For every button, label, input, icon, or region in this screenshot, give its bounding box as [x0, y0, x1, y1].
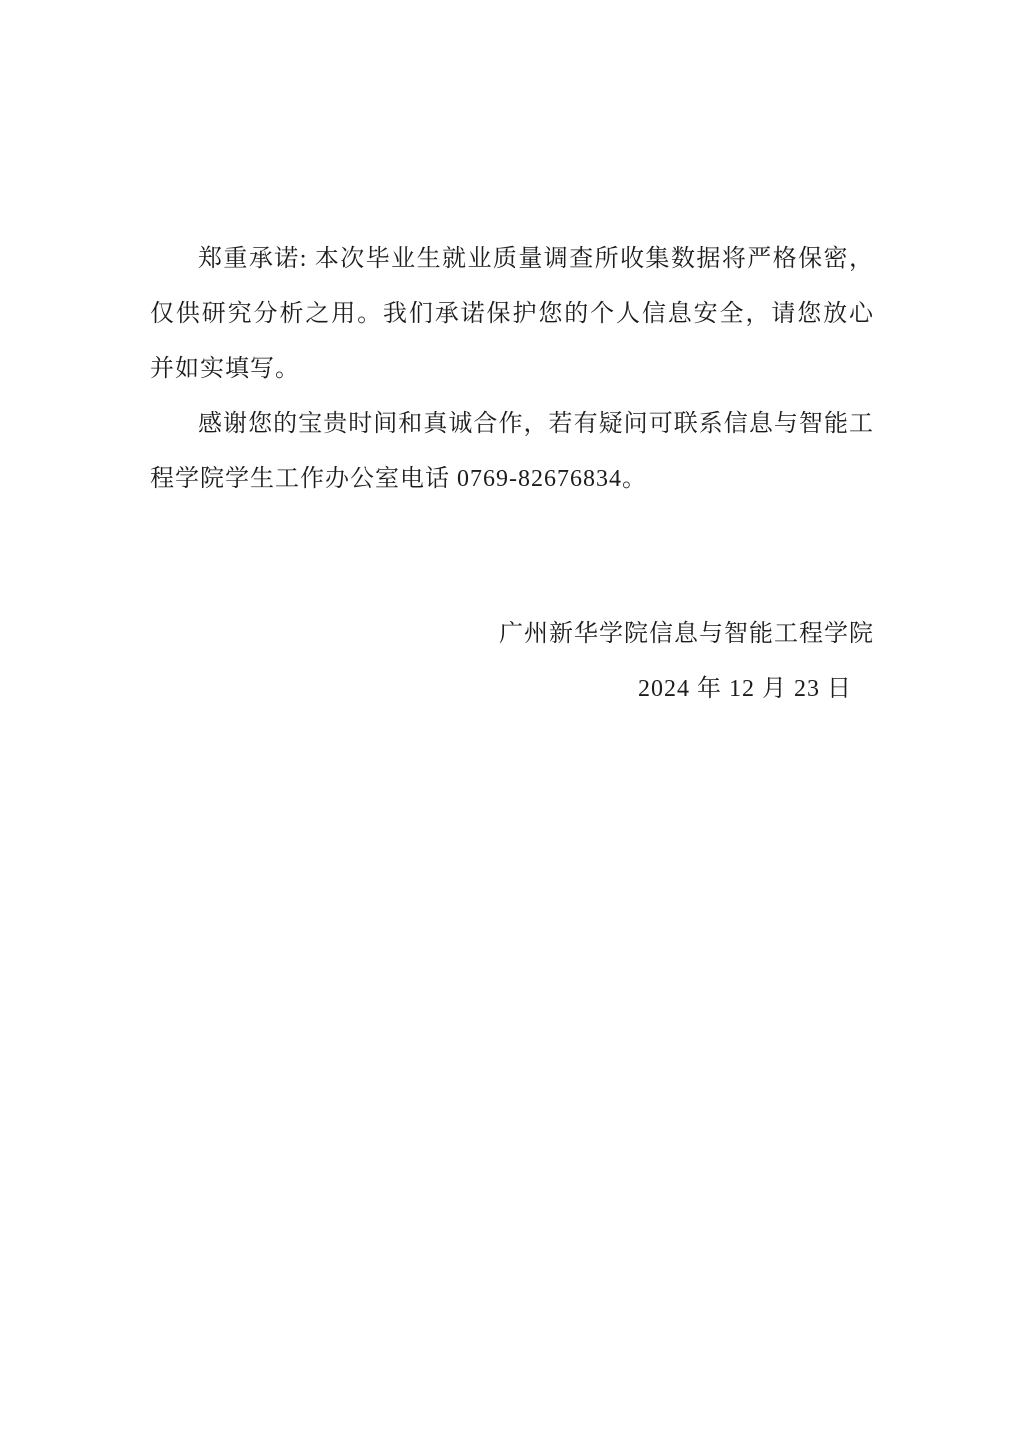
paragraph-confidentiality-promise: 郑重承诺: 本次毕业生就业质量调查所收集数据将严格保密，仅供研究分析之用。我们承… [150, 232, 874, 397]
signature-block: 广州新华学院信息与智能工程学院 2024 年 12 月 23 日 [150, 607, 874, 717]
signature-organization: 广州新华学院信息与智能工程学院 [150, 607, 874, 662]
signature-date: 2024 年 12 月 23 日 [150, 662, 874, 717]
document-page: 郑重承诺: 本次毕业生就业质量调查所收集数据将严格保密，仅供研究分析之用。我们承… [0, 0, 1024, 1448]
paragraph-thanks-contact: 感谢您的宝贵时间和真诚合作，若有疑问可联系信息与智能工程学院学生工作办公室电话 … [150, 397, 874, 507]
document-content: 郑重承诺: 本次毕业生就业质量调查所收集数据将严格保密，仅供研究分析之用。我们承… [150, 232, 874, 717]
